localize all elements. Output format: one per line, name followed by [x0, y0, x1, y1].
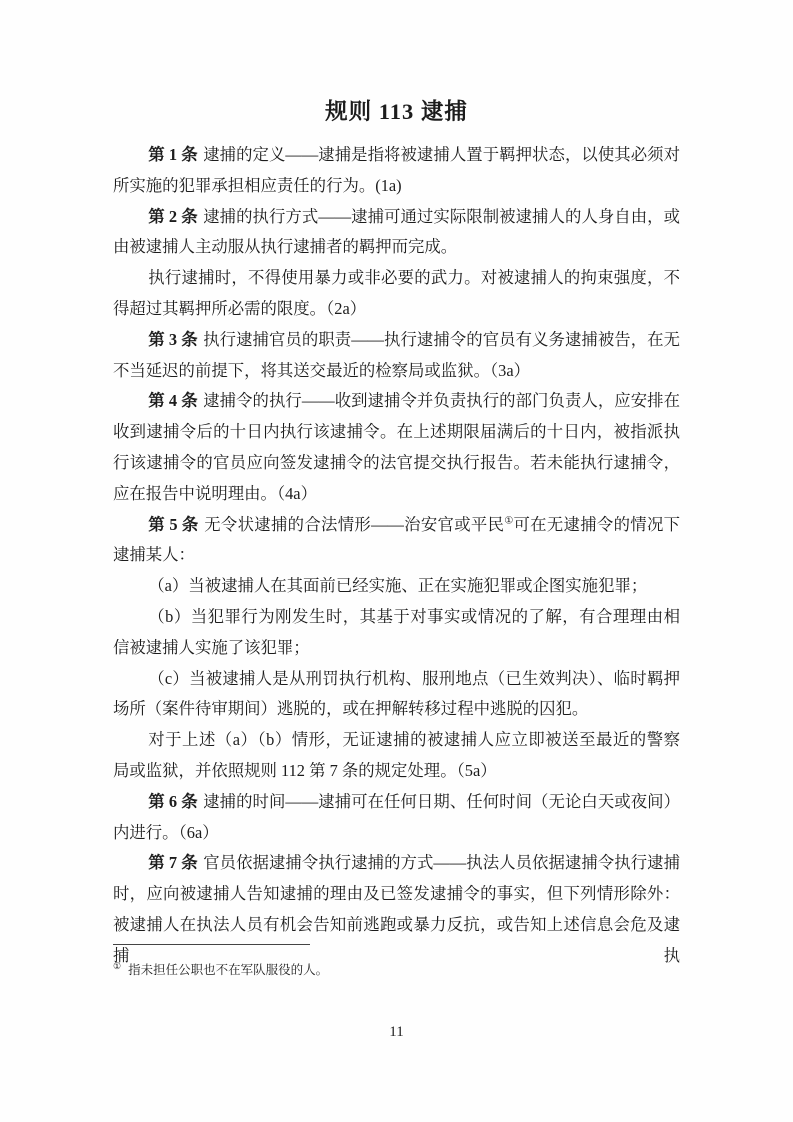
article-label: 第 2 条	[148, 207, 197, 226]
paragraph-text: 逮捕的时间——逮捕可在任何日期、任何时间（无论白天或夜间）内进行。（6a）	[113, 792, 680, 842]
footnote-text: 指未担任公职也不在军队服役的人。	[128, 963, 328, 977]
document-body: 第 1 条逮捕的定义——逮捕是指将被逮捕人置于羁押状态，以使其必须对所实施的犯罪…	[113, 140, 680, 972]
article-label: 第 5 条	[148, 515, 198, 534]
paragraph-article-2-cont: 执行逮捕时，不得使用暴力或非必要的武力。对被逮捕人的拘束强度，不得超过其羁押所必…	[113, 263, 680, 325]
paragraph-text: 执行逮捕时，不得使用暴力或非必要的武力。对被逮捕人的拘束强度，不得超过其羁押所必…	[113, 268, 680, 318]
paragraph-text: （a）当被逮捕人在其面前已经实施、正在实施犯罪或企图实施犯罪；	[148, 576, 647, 595]
document-page: 规则 113 逮捕 第 1 条逮捕的定义——逮捕是指将被逮捕人置于羁押状态，以使…	[0, 0, 793, 1122]
paragraph-text: 逮捕的执行方式——逮捕可通过实际限制被逮捕人的人身自由，或由被逮捕人主动服从执行…	[113, 207, 680, 257]
footnote-marker: ①	[113, 961, 121, 971]
paragraph-article-3: 第 3 条执行逮捕官员的职责——执行逮捕令的官员有义务逮捕被告，在无不当延迟的前…	[113, 325, 680, 387]
page-title: 规则 113 逮捕	[113, 98, 680, 126]
paragraph-article-5-cont: 对于上述（a）（b）情形，无证逮捕的被逮捕人应立即被送至最近的警察局或监狱，并依…	[113, 725, 680, 787]
article-label: 第 3 条	[148, 330, 197, 349]
paragraph-item-b: （b）当犯罪行为刚发生时，其基于对事实或情况的了解，有合理理由相信被逮捕人实施了…	[113, 602, 680, 664]
article-label: 第 1 条	[148, 145, 197, 164]
paragraph-text: 逮捕的定义——逮捕是指将被逮捕人置于羁押状态，以使其必须对所实施的犯罪承担相应责…	[113, 145, 680, 195]
paragraph-item-a: （a）当被逮捕人在其面前已经实施、正在实施犯罪或企图实施犯罪；	[113, 571, 680, 602]
paragraph-text: （b）当犯罪行为刚发生时，其基于对事实或情况的了解，有合理理由相信被逮捕人实施了…	[113, 607, 680, 657]
paragraph-item-c: （c）当被逮捕人是从刑罚执行机构、服刑地点（已生效判决）、临时羁押场所（案件待审…	[113, 664, 680, 726]
paragraph-text: 逮捕令的执行——收到逮捕令并负责执行的部门负责人，应安排在收到逮捕令后的十日内执…	[113, 391, 680, 502]
paragraph-article-2: 第 2 条逮捕的执行方式——逮捕可通过实际限制被逮捕人的人身自由，或由被逮捕人主…	[113, 202, 680, 264]
paragraph-article-5: 第 5 条无令状逮捕的合法情形——治安官或平民①可在无逮捕令的情况下逮捕某人：	[113, 510, 680, 572]
footnote: ①指未担任公职也不在军队服役的人。	[113, 961, 680, 980]
page-number: 11	[0, 1024, 793, 1041]
article-label: 第 6 条	[148, 792, 197, 811]
article-label: 第 4 条	[148, 391, 197, 410]
paragraph-text: 执行逮捕官员的职责——执行逮捕令的官员有义务逮捕被告，在无不当延迟的前提下，将其…	[113, 330, 680, 380]
paragraph-text: 无令状逮捕的合法情形——治安官或平民	[204, 515, 504, 534]
article-label: 第 7 条	[148, 853, 197, 872]
paragraph-text: （c）当被逮捕人是从刑罚执行机构、服刑地点（已生效判决）、临时羁押场所（案件待审…	[113, 669, 680, 719]
paragraph-article-1: 第 1 条逮捕的定义——逮捕是指将被逮捕人置于羁押状态，以使其必须对所实施的犯罪…	[113, 140, 680, 202]
paragraph-article-6: 第 6 条逮捕的时间——逮捕可在任何日期、任何时间（无论白天或夜间）内进行。（6…	[113, 787, 680, 849]
paragraph-text: 对于上述（a）（b）情形，无证逮捕的被逮捕人应立即被送至最近的警察局或监狱，并依…	[113, 730, 680, 780]
footnote-divider	[113, 944, 310, 945]
paragraph-article-4: 第 4 条逮捕令的执行——收到逮捕令并负责执行的部门负责人，应安排在收到逮捕令后…	[113, 386, 680, 509]
footnote-area: ①指未担任公职也不在军队服役的人。	[113, 944, 680, 980]
